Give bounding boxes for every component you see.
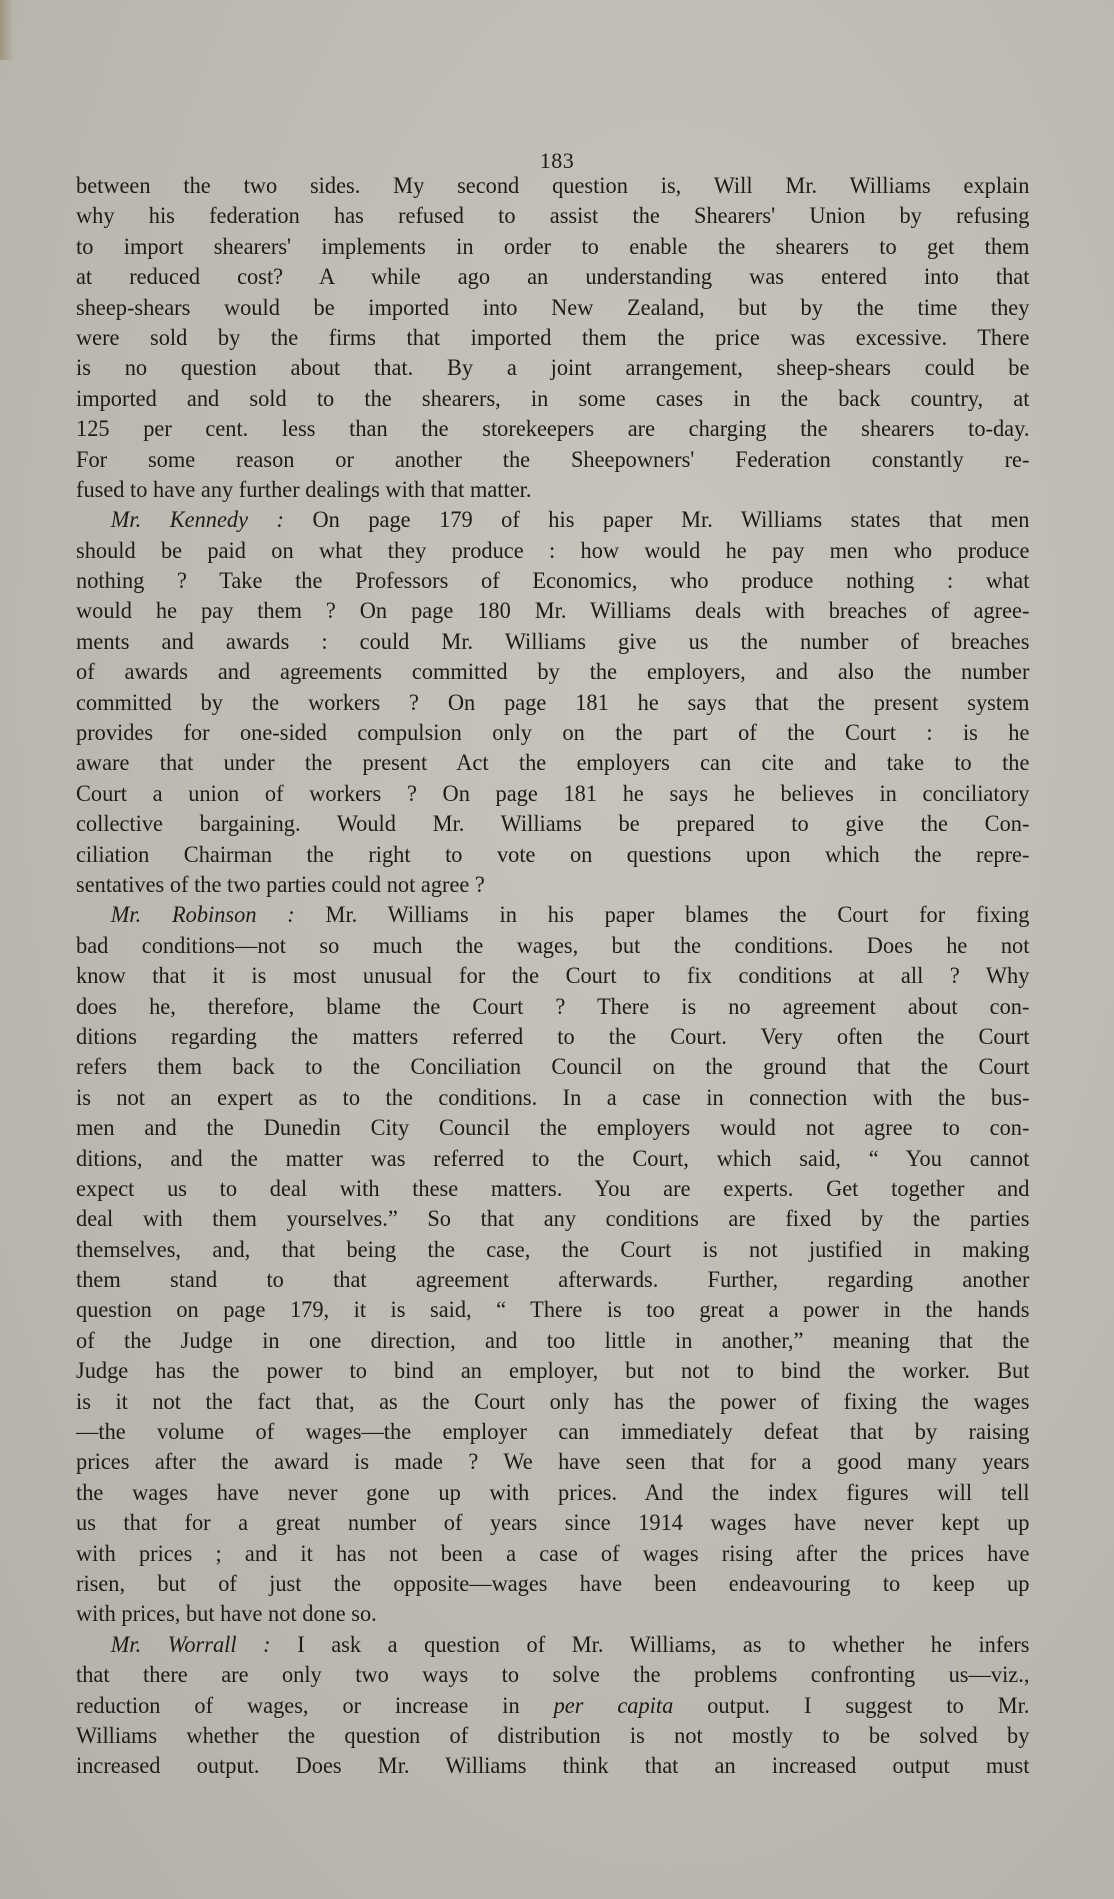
italic-phrase: per capita — [554, 1693, 674, 1719]
text-line: does he, therefore, blame the Court ? Th… — [76, 992, 1029, 1022]
text-line: should be paid on what they produce : ho… — [76, 536, 1029, 566]
text-line: us that for a great number of years sinc… — [76, 1508, 1029, 1538]
text-line: were sold by the firms that imported the… — [76, 323, 1029, 353]
text-line: risen, but of just the opposite—wages ha… — [76, 1569, 1029, 1599]
text-line: of the Judge in one direction, and too l… — [76, 1326, 1029, 1356]
speaker-text: I ask a question of Mr. Williams, as to … — [297, 1632, 1029, 1658]
text-line: is not an expert as to the conditions. I… — [76, 1083, 1029, 1113]
text-line: the wages have never gone up with prices… — [76, 1478, 1029, 1508]
text-line: committed by the workers ? On page 181 h… — [76, 688, 1029, 718]
paragraph-continuation: between the two sides. My second questio… — [76, 171, 1029, 505]
text-line: ditions regarding the matters referred t… — [76, 1022, 1029, 1052]
speaker-name: Mr. Kennedy : — [111, 507, 284, 533]
text-line: sentatives of the two parties could not … — [76, 870, 1029, 900]
text-line: imported and sold to the shearers, in so… — [76, 384, 1029, 414]
text-line: Williams whether the question of distrib… — [76, 1721, 1029, 1751]
text-line: Mr. Worrall : I ask a question of Mr. Wi… — [76, 1630, 1029, 1660]
speaker-text: On page 179 of his paper Mr. Williams st… — [312, 507, 1029, 533]
text-line: ditions, and the matter was referred to … — [76, 1144, 1029, 1174]
text-line: collective bargaining. Would Mr. William… — [76, 809, 1029, 839]
text-line: ments and awards : could Mr. Williams gi… — [76, 627, 1029, 657]
text-line: to import shearers' implements in order … — [76, 232, 1029, 262]
text-segment: reduction of wages, or increase in — [76, 1693, 520, 1719]
speaker-name: Mr. Robinson : — [111, 902, 295, 928]
text-line: fused to have any further dealings with … — [76, 475, 1029, 505]
text-line: with prices ; and it has not been a case… — [76, 1539, 1029, 1569]
text-segment: output. I suggest to Mr. — [707, 1693, 1029, 1719]
text-line: deal with them yourselves.” So that any … — [76, 1204, 1029, 1234]
text-line: Court a union of workers ? On page 181 h… — [76, 779, 1029, 809]
text-line: is no question about that. By a joint ar… — [76, 353, 1029, 383]
text-line: For some reason or another the Sheepowne… — [76, 445, 1029, 475]
text-line: between the two sides. My second questio… — [76, 171, 1029, 201]
speaker-text: Mr. Williams in his paper blames the Cou… — [326, 902, 1030, 928]
text-line: ciliation Chairman the right to vote on … — [76, 840, 1029, 870]
text-line: men and the Dunedin City Council the emp… — [76, 1113, 1029, 1143]
text-line: Mr. Kennedy : On page 179 of his paper M… — [76, 505, 1029, 535]
text-line: that there are only two ways to solve th… — [76, 1660, 1029, 1690]
text-line: provides for one-sided compulsion only o… — [76, 718, 1029, 748]
text-line: reduction of wages, or increase in per c… — [76, 1691, 1029, 1721]
text-line: question on page 179, it is said, “ Ther… — [76, 1295, 1029, 1325]
scan-edge-shadow — [0, 0, 14, 60]
paragraph-robinson: Mr. Robinson : Mr. Williams in his paper… — [76, 900, 1029, 1629]
paragraph-kennedy: Mr. Kennedy : On page 179 of his paper M… — [76, 505, 1029, 900]
text-line: themselves, and, that being the case, th… — [76, 1235, 1029, 1265]
text-line: refers them back to the Conciliation Cou… — [76, 1052, 1029, 1082]
text-line: know that it is most unusual for the Cou… — [76, 961, 1029, 991]
text-line: them stand to that agreement afterwards.… — [76, 1265, 1029, 1295]
paragraph-worrall: Mr. Worrall : I ask a question of Mr. Wi… — [76, 1630, 1029, 1782]
text-line: at reduced cost? A while ago an understa… — [76, 262, 1029, 292]
text-line: nothing ? Take the Professors of Economi… — [76, 566, 1029, 596]
text-line: sheep-shears would be imported into New … — [76, 293, 1029, 323]
text-line: with prices, but have not done so. — [76, 1599, 1029, 1629]
text-line: prices after the award is made ? We have… — [76, 1447, 1029, 1477]
text-line: of awards and agreements committed by th… — [76, 657, 1029, 687]
text-line: aware that under the present Act the emp… — [76, 748, 1029, 778]
text-line: bad conditions—not so much the wages, bu… — [76, 931, 1029, 961]
text-line: why his federation has refused to assist… — [76, 201, 1029, 231]
text-line: Judge has the power to bind an employer,… — [76, 1356, 1029, 1386]
document-body: between the two sides. My second questio… — [76, 171, 1029, 1782]
text-line: is it not the fact that, as the Court on… — [76, 1387, 1029, 1417]
text-line: 125 per cent. less than the storekeepers… — [76, 414, 1029, 444]
text-line: increased output. Does Mr. Williams thin… — [76, 1751, 1029, 1781]
speaker-name: Mr. Worrall : — [111, 1632, 271, 1658]
text-line: would he pay them ? On page 180 Mr. Will… — [76, 596, 1029, 626]
text-line: —the volume of wages—the employer can im… — [76, 1417, 1029, 1447]
text-line: Mr. Robinson : Mr. Williams in his paper… — [76, 900, 1029, 930]
text-line: expect us to deal with these matters. Yo… — [76, 1174, 1029, 1204]
